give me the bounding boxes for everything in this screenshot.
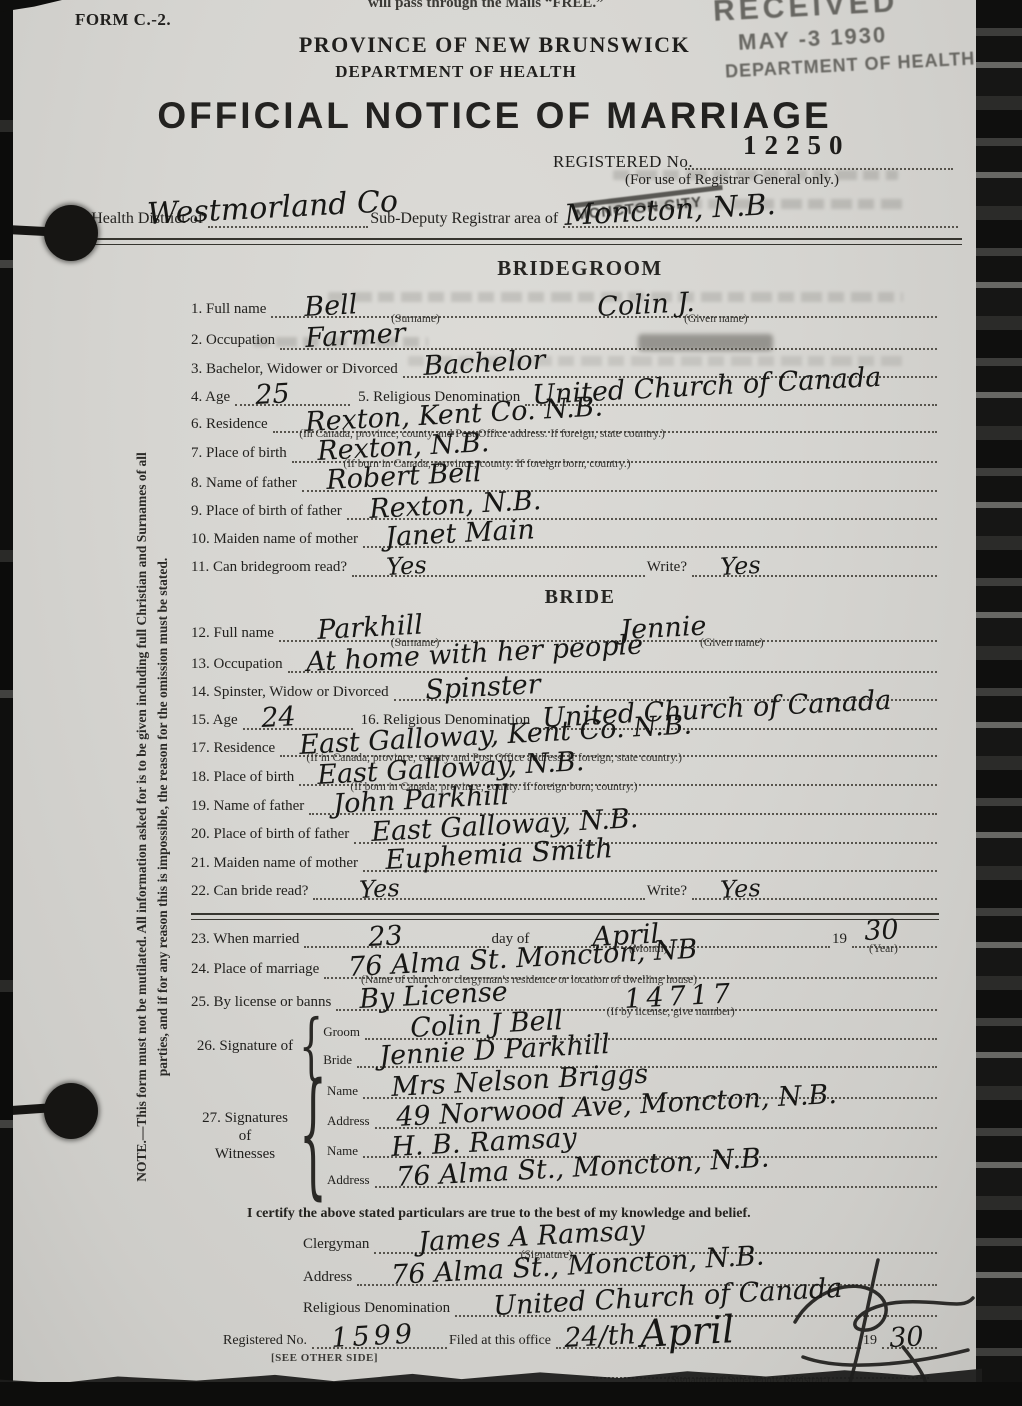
write-line: Bell Colin J. (Surname) (Given name) [271,310,937,318]
write-line-read: Yes [352,569,645,577]
deputy-area-handwriting: Moncton, N.B. [564,191,777,228]
punch-hole-bottom [44,1083,98,1139]
label: 22. Can bride read? [191,883,311,900]
handwriting: Bachelor [423,349,546,380]
row-groom-occupation: 2. Occupation Farmer [191,332,939,349]
label: 23. When married [191,931,302,948]
label: 6. Residence [191,416,271,433]
district-handwriting: Westmorland Co [147,188,399,228]
witnesses-label: 27. Signatures of Witnesses [191,1109,299,1163]
label-write: Write? [647,883,690,900]
mutilation-note: NOTE.—This form must not be mutilated. A… [131,452,173,1182]
handwriting-write: Yes [720,878,761,902]
form-number: FORM C.-2. [75,10,171,30]
write-line: Rexton, Kent Co. N.B. (In Canada, provin… [273,425,937,433]
handwriting-registered-no: 1599 [331,1323,417,1352]
write-line: Farmer [280,342,937,350]
row-groom-mother: 10. Maiden name of mother Janet Main [191,531,939,548]
name-label: Name [327,1084,361,1099]
handwriting: Spinster [425,673,542,703]
district-fill: Westmorland Co [208,220,368,228]
handwriting-age: 25 [255,382,291,408]
given-name-note: (Given name) [700,637,764,649]
department-heading: DEPARTMENT OF HEALTH [13,62,899,82]
write-line-read: Yes [313,892,644,900]
handwriting-age: 24 [261,705,297,731]
label: 1. Full name [191,301,269,318]
label: 21. Maiden name of mother [191,855,361,872]
label: 12. Full name [191,625,277,642]
label: 13. Occupation [191,656,286,673]
label-write: Write? [647,559,690,576]
handwriting-surname: Bell [303,293,357,320]
see-other-side-note: [SEE OTHER SIDE] [271,1352,378,1364]
row-bride-occupation: 13. Occupation At home with her people [191,656,939,673]
row-groom-residence: 6. Residence Rexton, Kent Co. N.B. (In C… [191,416,939,433]
label-age: 4. Age [191,389,233,406]
punch-hole-top [44,205,98,261]
label: 24. Place of marriage [191,961,322,978]
witnesses-label-line1: 27. Signatures [202,1110,288,1126]
row-groom-signature: Groom Colin J Bell [323,1025,939,1040]
write-line: 49 Norwood Ave, Moncton, N.B. [375,1121,937,1129]
scan-edge-left [0,0,13,1406]
label: 18. Place of birth [191,769,297,786]
row-groom-full-name: 1. Full name Bell Colin J. (Surname) (Gi… [191,301,939,318]
write-line: 76 Alma St., Moncton, N.B. [375,1180,937,1188]
write-line: East Galloway, Kent Co. N.B. (If in Cana… [280,749,937,757]
form-paper: will pass through the Mails “FREE.” FORM… [13,0,976,1384]
label-year-prefix: 19 [832,931,850,948]
handwriting-license: By License [359,981,509,1013]
write-line-write: Yes [692,569,937,577]
label: 17. Residence [191,740,278,757]
row-place-of-marriage: 24. Place of marriage 76 Alma St. Moncto… [191,961,939,978]
row-groom-father: 8. Name of father Robert Bell [191,475,939,492]
scan-edge-bottom [0,1382,1022,1406]
label: Clergyman [303,1236,372,1253]
row-witness1-address: Address 49 Norwood Ave, Moncton, N.B. [327,1114,939,1129]
label: Address [303,1269,355,1286]
witnesses-label-line2: of [239,1128,252,1144]
province-heading: PROVINCE OF NEW BRUNSWICK [13,32,976,58]
bridegroom-heading: BRIDEGROOM [221,258,939,279]
bride-heading: BRIDE [221,587,939,607]
registered-no-line [685,168,953,170]
label: Religious Denomination [303,1300,453,1317]
row-groom-birthplace: 7. Place of birth Rexton, N.B. (If born … [191,445,939,462]
name-label: Name [327,1144,361,1159]
label: 3. Bachelor, Widower or Divorced [191,361,401,378]
write-line-write: Yes [692,892,937,900]
license-note: (If by license, give number) [607,1006,735,1018]
mail-free-note: will pass through the Mails “FREE.” [368,0,604,12]
deputy-area-fill: MONCTON CITY Moncton, N.B. [563,220,958,228]
write-line-registered: 1599 [312,1341,447,1349]
label: 19. Name of father [191,798,307,815]
label: 10. Maiden name of mother [191,531,361,548]
handwriting-year: 30 [863,918,899,944]
label: 7. Place of birth [191,445,290,462]
label: 2. Occupation [191,332,278,349]
address-label: Address [327,1114,373,1129]
handwriting-given: Colin J. [596,291,695,320]
district-row: Sub-Health District of Westmorland Co Su… [61,210,960,228]
label: 9. Place of birth of father [191,503,345,520]
header-divider-rule [89,238,962,245]
write-line: Janet Main [363,540,937,548]
row-groom-father-birthplace: 9. Place of birth of father Rexton, N.B. [191,503,939,520]
filed-label: Filed at this office [449,1333,554,1349]
label-age: 15. Age [191,712,241,729]
handwriting-read: Yes [359,878,400,902]
scan-edge-right [976,0,1022,1406]
handwriting-filed-date: 24/th [564,1323,637,1351]
witness-rows: Name Mrs Nelson Briggs Address 49 Norwoo… [327,1084,939,1189]
row-groom-literacy: 11. Can bridegroom read? Yes Write? Yes [191,559,939,576]
form-body: BRIDEGROOM 1. Full name Bell Colin J. (S… [191,252,939,1379]
registrar-general-note: (For use of Registrar General only.) [625,172,839,189]
deputy-area-label: Sub-Deputy Registrar area of [370,210,561,228]
registered-label: Registered No. [223,1333,310,1349]
label: 14. Spinster, Widow or Divorced [191,684,392,701]
row-bride-birthplace: 18. Place of birth East Galloway, N.B. (… [191,769,939,786]
write-line: At home with her people [288,665,937,673]
scanned-document: will pass through the Mails “FREE.” FORM… [0,0,1022,1406]
address-label: Address [327,1173,373,1188]
section-divider-rule [191,913,939,920]
label: 11. Can bridegroom read? [191,559,350,576]
row-witness2-address: Address 76 Alma St., Moncton, N.B. [327,1173,939,1188]
handwriting: Janet Main [385,518,536,550]
signature-of-label: 26. Signature of [191,1037,299,1055]
registered-no-label: REGISTERED No. [553,152,693,172]
row-bride-mother: 21. Maiden name of mother Euphemia Smith [191,855,939,872]
brace-glyph: { [299,1081,327,1190]
given-name-note: (Given name) [684,313,748,325]
handwriting-filed-month: April [640,1312,736,1351]
write-line: Robert Bell [302,484,937,492]
handwriting: Euphemia Smith [385,838,614,874]
registered-no-value: 12250 [743,130,851,161]
handwriting: Farmer [305,322,407,352]
mutilation-note-line1: NOTE.—This form must not be mutilated. A… [131,452,152,1182]
mutilation-note-line2: parties, and if for any reason this is i… [152,452,173,1182]
write-line-year: 30 (Year) [852,940,937,948]
label: 8. Name of father [191,475,300,492]
groom-label: Groom [323,1025,363,1040]
row-bride-literacy: 22. Can bride read? Yes Write? Yes [191,883,939,900]
write-line: By License 14717 (If by license, give nu… [336,1003,937,1011]
write-line: Euphemia Smith [363,864,937,872]
witnesses-block: 27. Signatures of Witnesses { Name Mrs N… [191,1084,939,1189]
handwriting-read: Yes [386,555,427,579]
bride-label: Bride [323,1053,355,1068]
write-line: 76 Alma St. Moncton, NB (Name of church … [324,971,937,979]
handwriting-write: Yes [720,555,761,579]
label: 20. Place of birth of father [191,826,352,843]
witnesses-label-line3: Witnesses [215,1146,275,1162]
handwriting-day: 23 [368,924,404,950]
year-note: (Year) [869,943,898,955]
